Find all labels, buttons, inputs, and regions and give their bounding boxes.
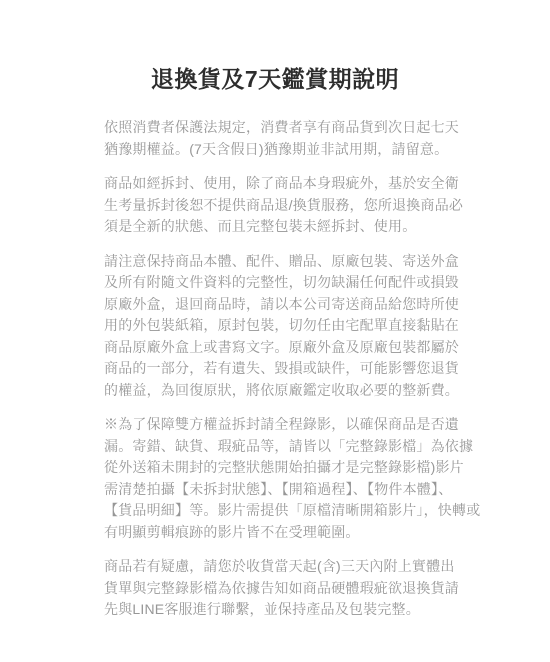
policy-paragraph-opened-goods: 商品如經拆封、使用，除了商品本身瑕疵外，基於安全衛 生考量拆封後恕不提供商品退/…: [104, 173, 496, 238]
policy-paragraph-cooling-off-period: 依照消費者保護法規定，消費者享有商品貨到次日起七天 猶豫期權益。(7天含假日)猶…: [104, 117, 496, 160]
return-policy-page: 退換貨及7天鑑賞期說明 依照消費者保護法規定，消費者享有商品貨到次日起七天 猶豫…: [0, 0, 550, 662]
policy-paragraph-unboxing-video: ※為了保障雙方權益拆封請全程錄影，以確保商品是否遺 漏。寄錯、缺貨、瑕疵品等，請…: [104, 414, 496, 543]
policy-paragraph-packaging-integrity: 請注意保持商品本體、配件、贈品、原廠包裝、寄送外盒 及所有附隨文件資料的完整性，…: [104, 251, 496, 402]
policy-paragraph-contact-customer-service: 商品若有疑慮，請您於收貨當天起(含)三天內附上實體出 貨單與完整錄影檔為依據告知…: [104, 556, 496, 621]
page-title: 退換貨及7天鑑賞期說明: [0, 64, 550, 94]
return-policy-document: 退換貨及7天鑑賞期說明 依照消費者保護法規定，消費者享有商品貨到次日起七天 猶豫…: [0, 0, 550, 621]
policy-body: 依照消費者保護法規定，消費者享有商品貨到次日起七天 猶豫期權益。(7天含假日)猶…: [104, 117, 496, 621]
